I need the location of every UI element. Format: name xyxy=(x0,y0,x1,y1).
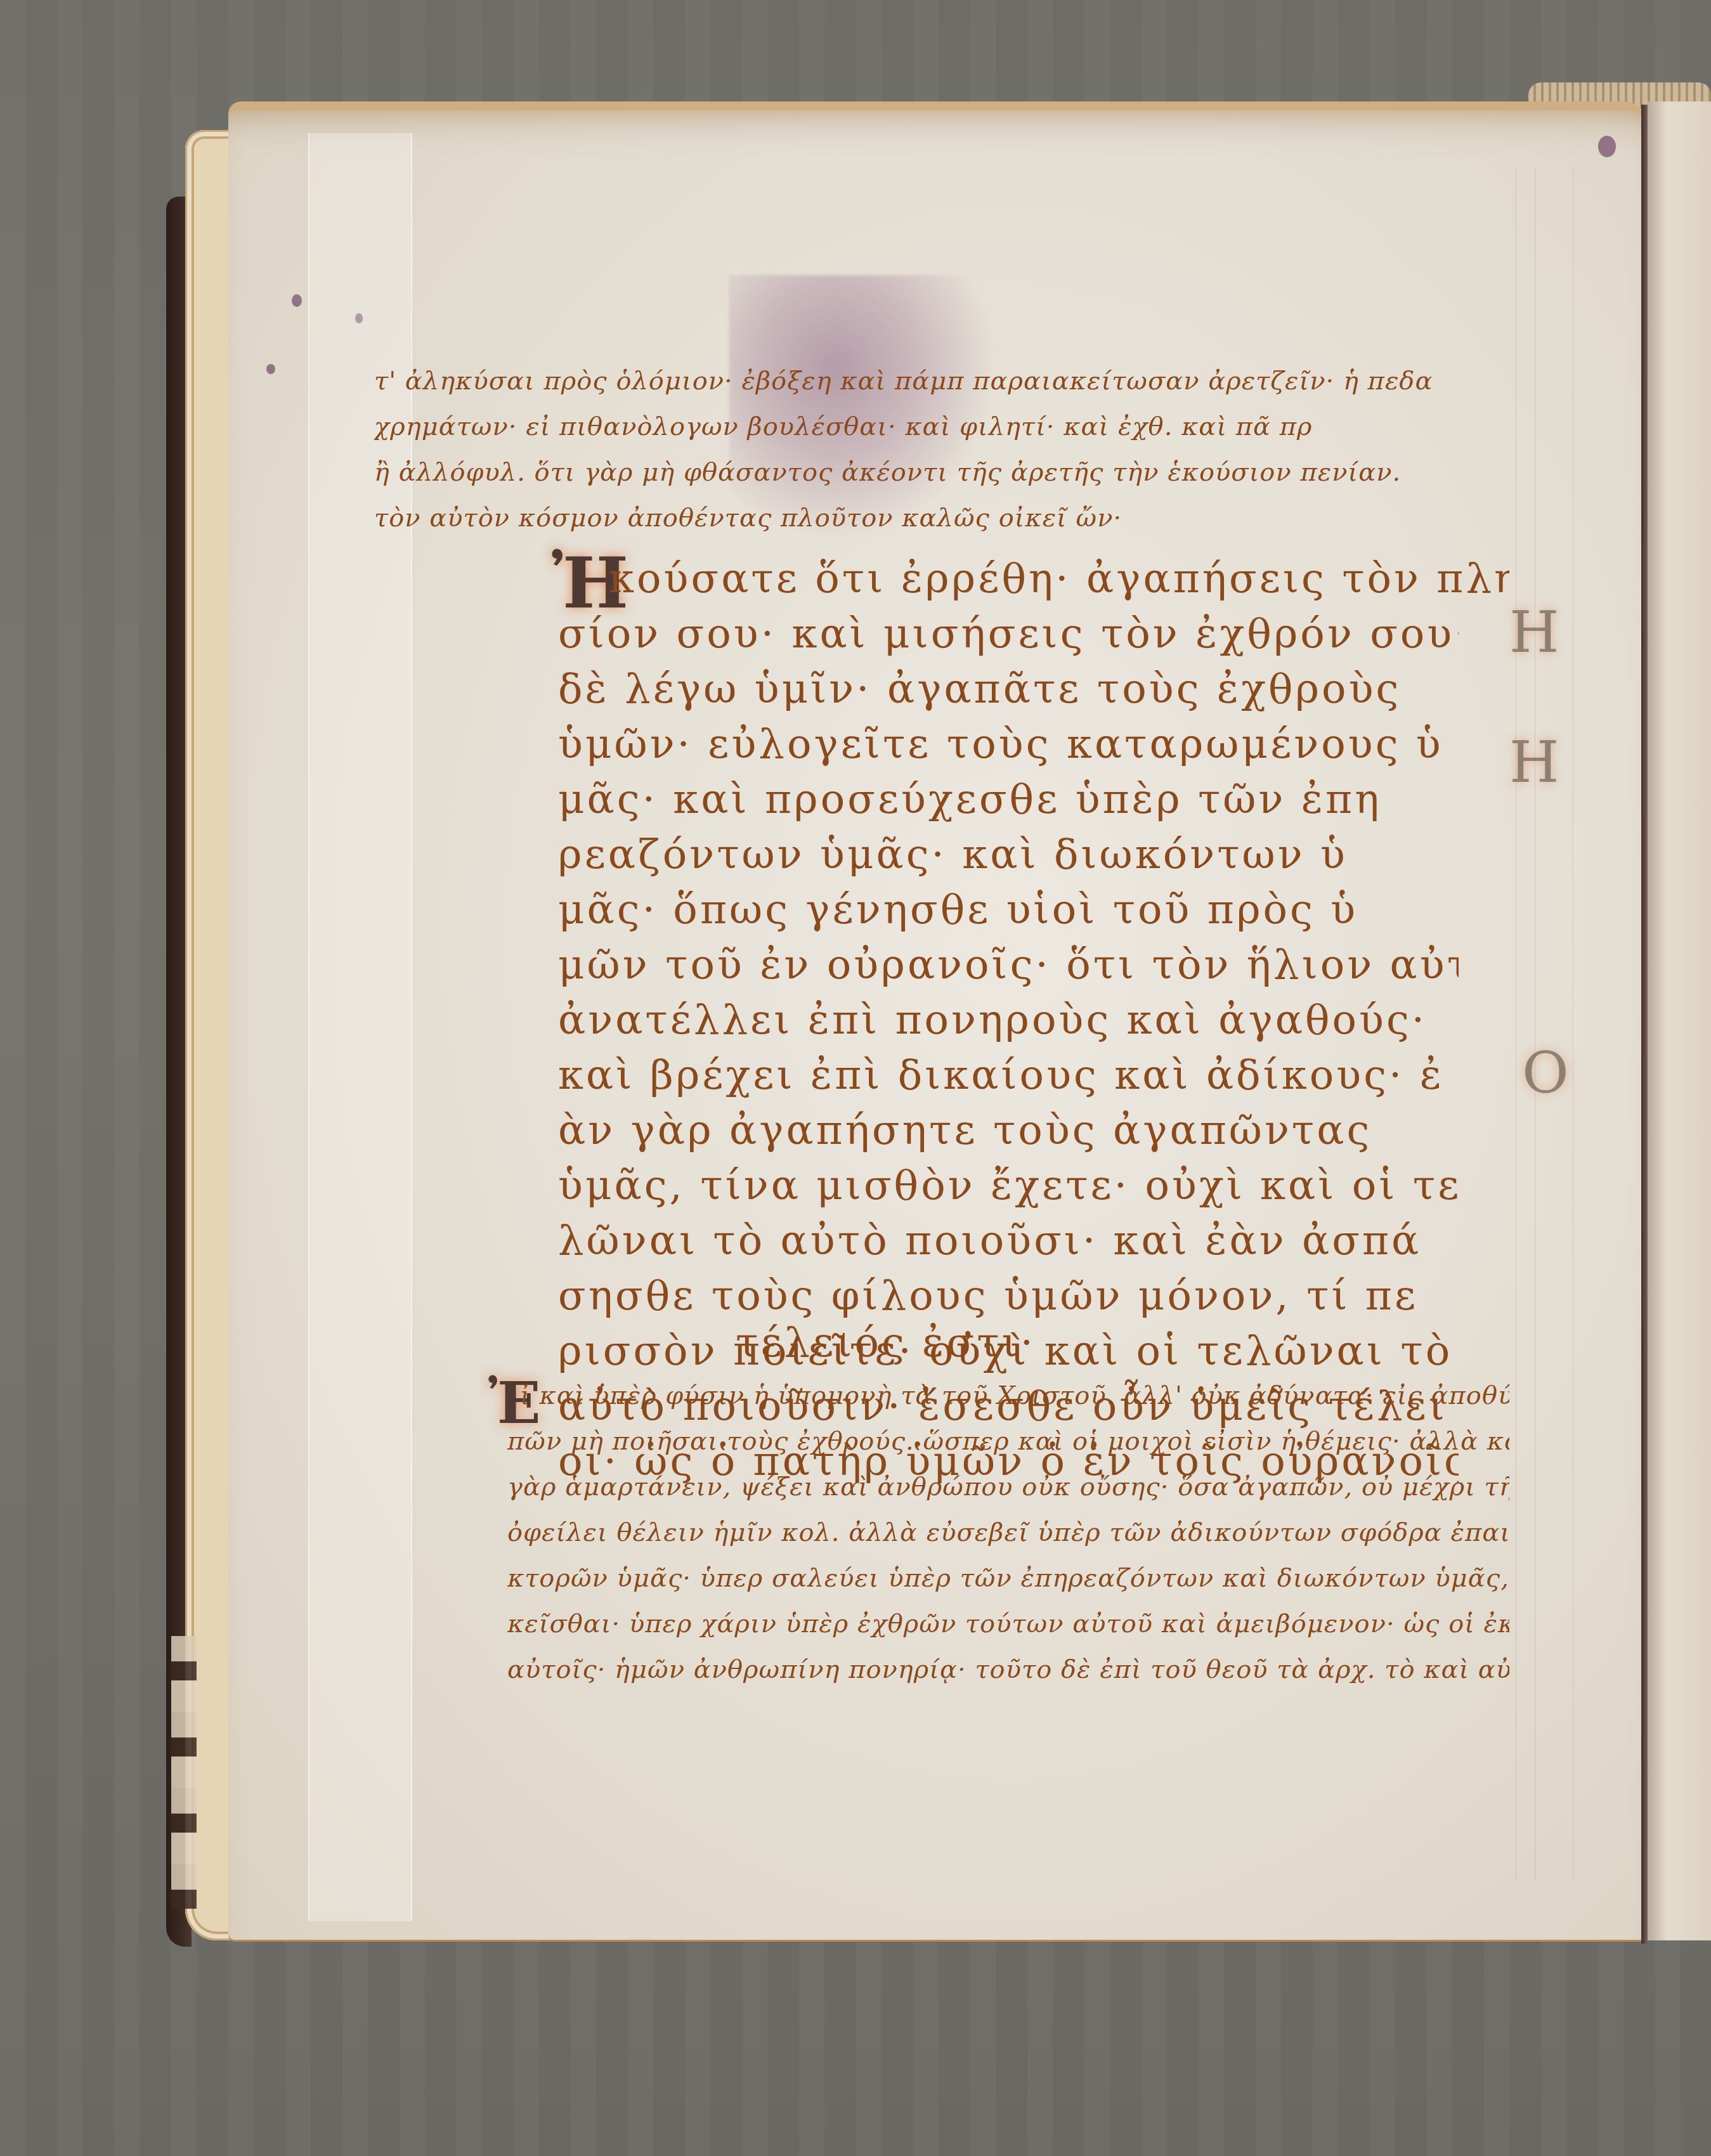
lemma-line: ἀνατέλλει ἐπὶ πονηροὺς καὶ ἀγαθούς· xyxy=(558,993,1459,1048)
lemma-line: καὶ βρέχει ἐπὶ δικαίους καὶ ἀδίκους· ἐ xyxy=(558,1048,1459,1103)
lemma-line: λῶναι τὸ αὐτὸ ποιοῦσι· καὶ ἐὰν ἀσπά xyxy=(558,1214,1459,1269)
lemma-line: ὑμῶν· εὐλογεῖτε τοὺς καταρωμένους ὑ xyxy=(558,717,1459,772)
commentary-line: χρημάτων· εἰ πιθανὸλογων βουλέσθαι· καὶ … xyxy=(374,404,1503,450)
ink-spot xyxy=(266,364,275,374)
show-through-initial: Η xyxy=(1509,599,1559,666)
lemma-line: ρεαζόντων ὑμᾶς· καὶ διωκόντων ὑ xyxy=(558,828,1459,883)
commentary-top: τ' ἀληκύσαι πρὸς ὁλόμιον· ἐβόξεη καὶ πάμ… xyxy=(374,358,1503,541)
lemma-text: κούσατε ὅτι ἐρρέθη· ἀγαπήσεις τὸν πλη xyxy=(609,552,1509,607)
lemma-line: σίον σου· καὶ μισήσεις τὸν ἐχθρόν σου· ἐ… xyxy=(558,607,1459,662)
commentary-line: τὸν αὐτὸν κόσμον ἀποθέντας πλοῦτον καλῶς… xyxy=(374,495,1503,541)
commentary-line: αὐτοῖς· ἡμῶν ἀνθρωπίνη πονηρίᾳ· τοῦτο δὲ… xyxy=(507,1647,1509,1692)
commentary-bottom: πῶν μὴ ποιῆσαι τοὺς ἐχθρούς. ὥσπερ καὶ ο… xyxy=(507,1419,1509,1692)
lemma-line: δὲ λέγω ὑμῖν· ἀγαπᾶτε τοὺς ἐχθροὺς xyxy=(558,662,1459,717)
commentary-line: ἢ ἀλλόφυλ. ὅτι γὰρ μὴ φθάσαντος ἀκέοντι … xyxy=(374,450,1503,495)
lemma-line: μᾶς· καὶ προσεύχεσθε ὑπὲρ τῶν ἐπη xyxy=(558,772,1459,828)
facing-page-edge xyxy=(1648,101,1711,1940)
lemma-line: τέλειός ἐστι· xyxy=(736,1316,1636,1371)
show-through-initial: Η xyxy=(1509,729,1559,796)
worn-spine-edge xyxy=(171,1636,197,1909)
commentary-line: τ' ἀληκύσαι πρὸς ὁλόμιον· ἐβόξεη καὶ πάμ… xyxy=(374,358,1503,404)
commentary-line: ἰ καὶ ὑπὲρ φύσιν ἡ ὑπομονὴ τὰ τοῦ Χριστο… xyxy=(520,1373,1509,1419)
lemma-line: μῶν τοῦ ἐν οὐρανοῖς· ὅτι τὸν ἥλιον αὐτοῦ… xyxy=(558,938,1459,993)
show-through-initial: Ο xyxy=(1522,1040,1569,1107)
commentary-bottom: ἰ καὶ ὑπὲρ φύσιν ἡ ὑπομονὴ τὰ τοῦ Χριστο… xyxy=(520,1373,1509,1419)
ruling-line xyxy=(1573,167,1573,1880)
commentary-line: γὰρ ἁμαρτάνειν, ψέξει καὶ ἀνθρώπου οὐκ ο… xyxy=(507,1464,1509,1510)
commentary-line: ὀφείλει θέλειν ἡμῖν κολ. ἀλλὰ εὐσεβεῖ ὑπ… xyxy=(507,1510,1509,1555)
commentary-line: πῶν μὴ ποιῆσαι τοὺς ἐχθρούς. ὥσπερ καὶ ο… xyxy=(507,1419,1509,1464)
ruling-line xyxy=(1516,167,1516,1880)
lemma-line: μᾶς· ὅπως γένησθε υἱοὶ τοῦ πρὸς ὑ xyxy=(558,883,1459,938)
lemma-line: κούσατε ὅτι ἐρρέθη· ἀγαπήσεις τὸν πλη xyxy=(609,552,1509,607)
lemma-line: ὰν γὰρ ἀγαπήσητε τοὺς ἀγαπῶντας xyxy=(558,1103,1459,1159)
commentary-line: κτορῶν ὑμᾶς· ὑπερ σαλεύει ὑπὲρ τῶν ἐπηρε… xyxy=(507,1555,1509,1601)
ruling-line xyxy=(1535,167,1535,1880)
ink-spot xyxy=(1598,136,1616,157)
commentary-line: κεῖσθαι· ὑπερ χάριν ὑπὲρ ἐχθρῶν τούτων α… xyxy=(507,1601,1509,1647)
ink-spot xyxy=(292,294,302,307)
book-gutter xyxy=(1641,105,1648,1944)
lemma-line: ὑμᾶς, τίνα μισθὸν ἔχετε· οὐχὶ καὶ οἱ τε xyxy=(558,1159,1459,1214)
lemma-final-line: τέλειός ἐστι· xyxy=(736,1316,1636,1371)
